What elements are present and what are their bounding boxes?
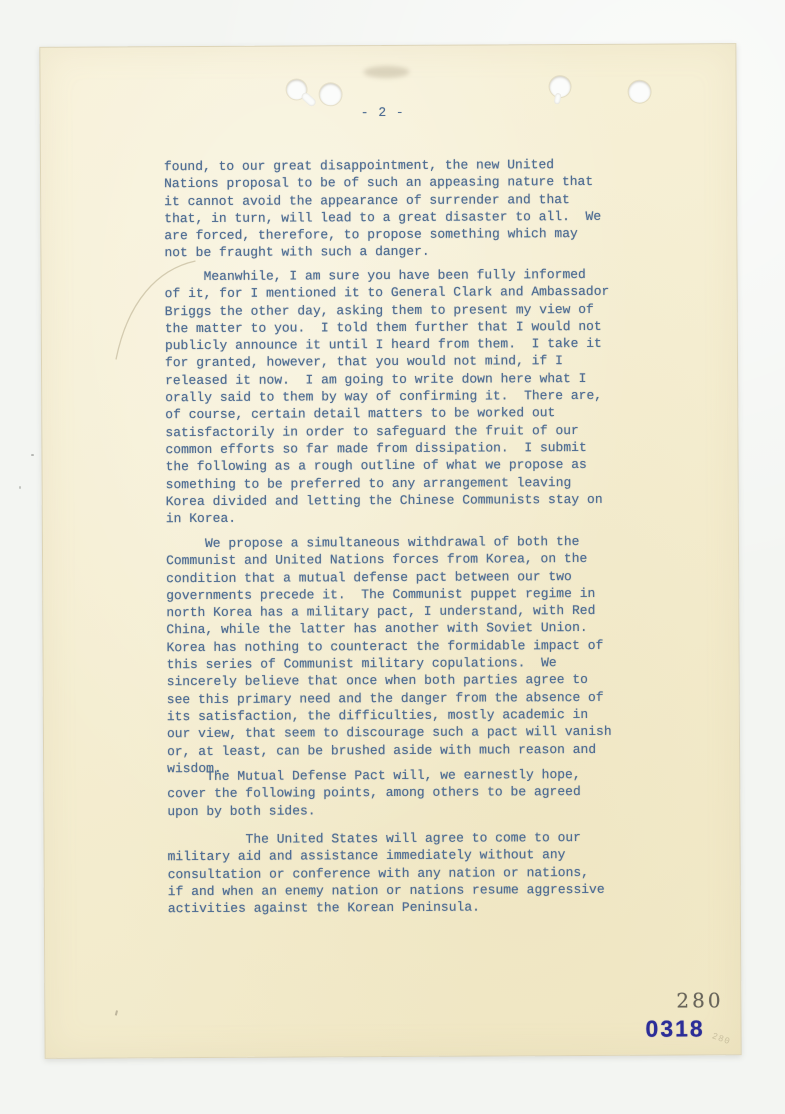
paragraph: found, to our great disappointment, the … (164, 156, 601, 262)
pencil-number: 280 (710, 1031, 731, 1047)
scanned-document-page: { "page": { "number_label": "- 2 -", "fo… (0, 0, 785, 1114)
paragraph: We propose a simultaneous withdrawal of … (166, 533, 612, 777)
hole-punch-tear (554, 93, 562, 105)
paper-sheet: - 2 - found, to our great disappointment… (39, 43, 741, 1059)
page-number: - 2 - (361, 104, 405, 121)
smudge-stain (363, 66, 409, 78)
hole-punch-tear (300, 91, 317, 108)
paragraph: The United States will agree to come to … (167, 829, 604, 918)
hole-punch (629, 81, 651, 103)
hole-punch (320, 83, 342, 105)
paragraph: Meanwhile, I am sure you have been fully… (165, 266, 611, 528)
background-speck (31, 454, 34, 456)
typed-page-number: 280 (676, 988, 723, 1012)
pencil-tick-mark (115, 1010, 118, 1015)
background-speck (19, 486, 21, 489)
stamp-number: 0318 (645, 1015, 704, 1042)
paragraph: The Mutual Defense Pact will, we earnest… (167, 766, 581, 820)
